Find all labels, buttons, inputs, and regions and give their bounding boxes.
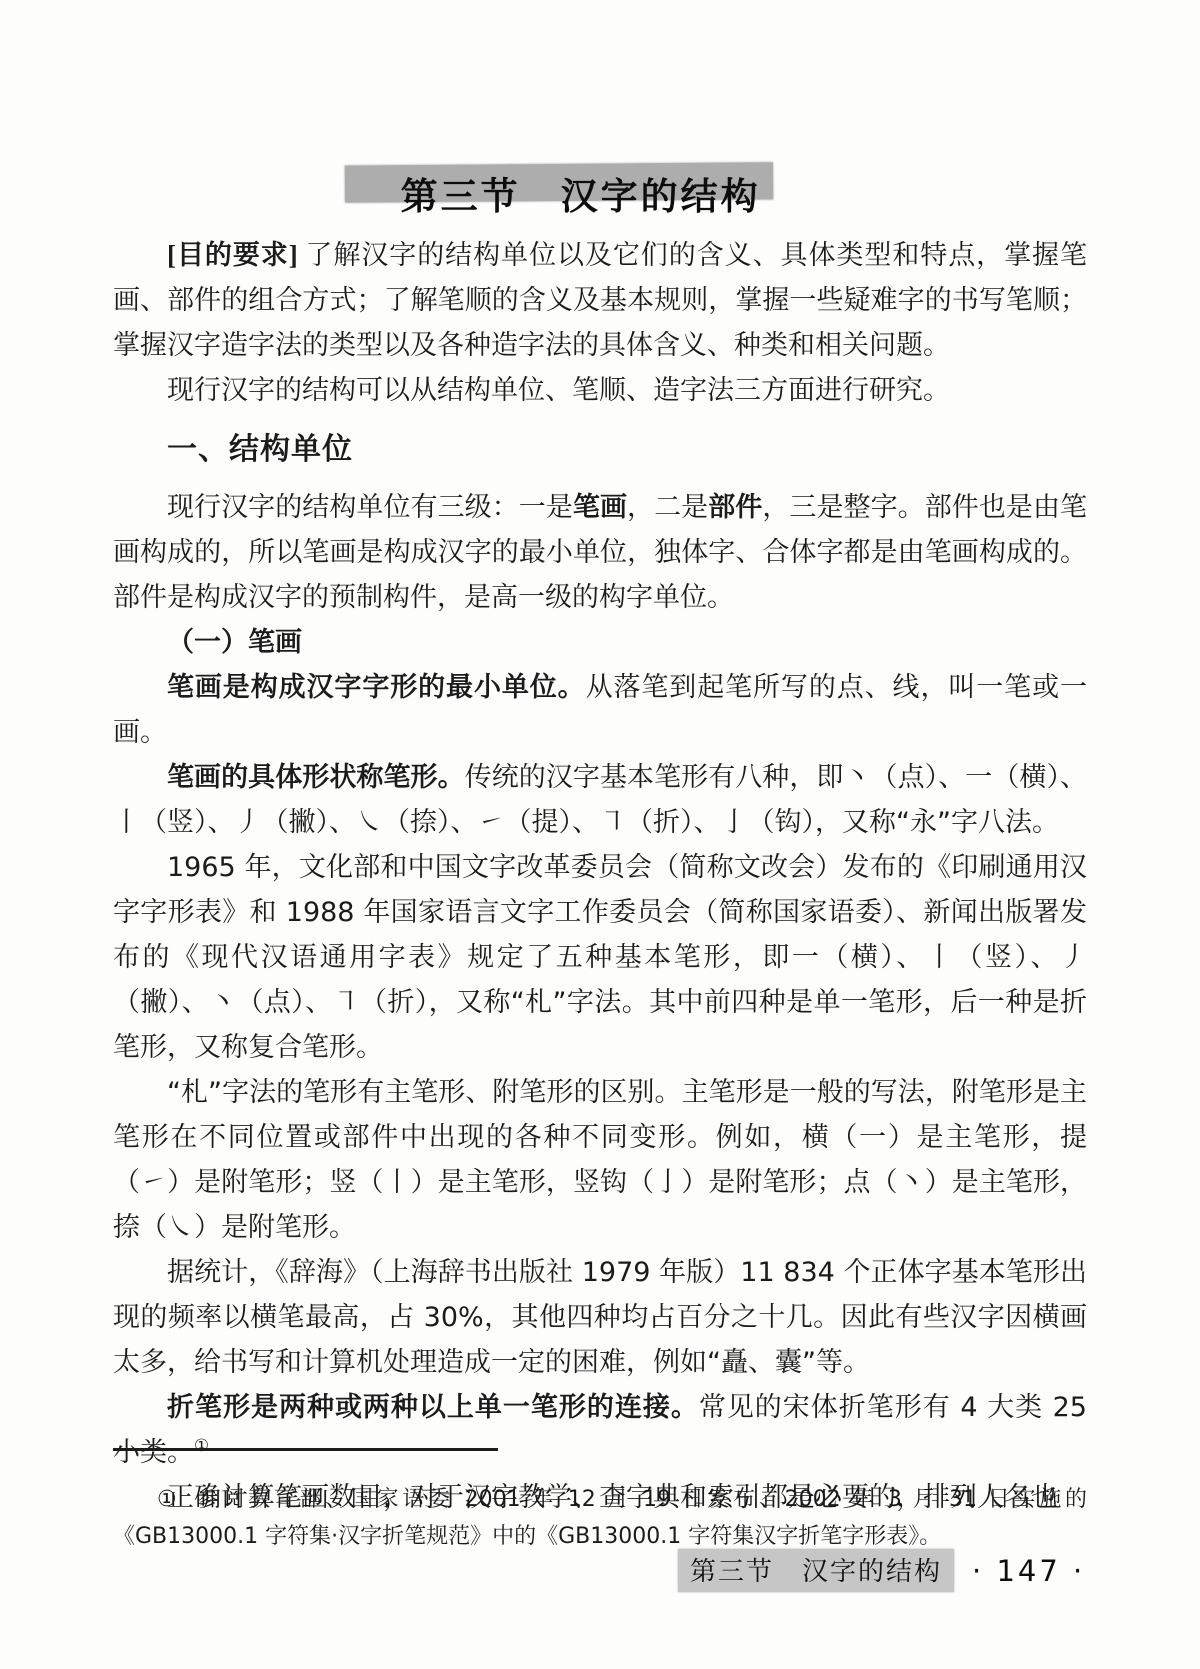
text-run: ，二是	[627, 492, 708, 523]
paragraph-stroke-shapes: 笔画的具体形状称笔形。传统的汉字基本笔形有八种，即丶（点）、一（横）、丨（竖）、…	[113, 755, 1087, 845]
text-run: 笔画的具体形状称笔形。	[167, 762, 465, 793]
footnote-marker: ①	[157, 1487, 180, 1512]
footnote-area: ①参阅教育部、国家语委 2001 年 12 月 19 日发布、2002 年 3 …	[113, 1448, 1087, 1555]
section-heading: 一、结构单位	[113, 426, 1087, 474]
subsection-heading: （一）笔画	[113, 620, 1087, 665]
paragraph-1965-standard: 1965 年，文化部和中国文字改革委员会（简称文改会）发布的《印刷通用汉字字形表…	[113, 845, 1087, 1070]
page-content: [目的要求] 了解汉字的结构单位以及它们的含义、具体类型和特点，掌握笔画、部件的…	[113, 233, 1087, 1520]
text-run: 折笔形是两种或两种以上单一笔形的连接。	[167, 1392, 699, 1423]
text-run: 笔画是构成汉字字形的最小单位。	[167, 672, 586, 703]
text-run: [目的要求]	[167, 240, 305, 270]
text-run: 笔画	[573, 492, 627, 523]
document-page: 第三节 汉字的结构 [目的要求] 了解汉字的结构单位以及它们的含义、具体类型和特…	[0, 0, 1200, 1669]
text-run: 现行汉字的结构单位有三级：一是	[167, 492, 573, 523]
paragraph-structure-units: 现行汉字的结构单位有三级：一是笔画，二是部件，三是整字。部件也是由笔画构成的，所…	[113, 485, 1087, 620]
page-title: 第三节 汉字的结构	[401, 166, 761, 220]
footer-section-label: 第三节 汉字的结构	[678, 1549, 954, 1592]
text-run: 据统计，《辞海》（上海辞书出版社 1979 年版）11 834 个正体字基本笔形…	[113, 1257, 1087, 1378]
paragraph-statistics: 据统计，《辞海》（上海辞书出版社 1979 年版）11 834 个正体字基本笔形…	[113, 1250, 1087, 1385]
footer-page-number: · 147 ·	[972, 1554, 1085, 1588]
section-title-block: 第三节 汉字的结构	[345, 160, 773, 220]
text-run: 部件	[708, 492, 762, 523]
footnote-text: 参阅教育部、国家语委 2001 年 12 月 19 日发布、2002 年 3 月…	[113, 1487, 1087, 1549]
paragraph-zha-method: “札”字法的笔形有主笔形、附笔形的区别。主笔形是一般的写法，附笔形是主笔形在不同…	[113, 1070, 1087, 1250]
footnote: ①参阅教育部、国家语委 2001 年 12 月 19 日发布、2002 年 3 …	[113, 1481, 1087, 1555]
intro-paragraph: 现行汉字的结构可以从结构单位、笔顺、造字法三方面进行研究。	[113, 368, 1087, 413]
text-run: 1965 年，文化部和中国文字改革委员会（简称文改会）发布的《印刷通用汉字字形表…	[113, 852, 1087, 1063]
footnote-separator	[113, 1448, 498, 1451]
text-run: “札”字法的笔形有主笔形、附笔形的区别。主笔形是一般的写法，附笔形是主笔形在不同…	[113, 1077, 1087, 1243]
objective-paragraph: [目的要求] 了解汉字的结构单位以及它们的含义、具体类型和特点，掌握笔画、部件的…	[113, 233, 1087, 368]
page-footer: 第三节 汉字的结构 · 147 ·	[678, 1549, 1085, 1592]
paragraph-stroke-definition: 笔画是构成汉字字形的最小单位。从落笔到起笔所写的点、线，叫一笔或一画。	[113, 665, 1087, 755]
